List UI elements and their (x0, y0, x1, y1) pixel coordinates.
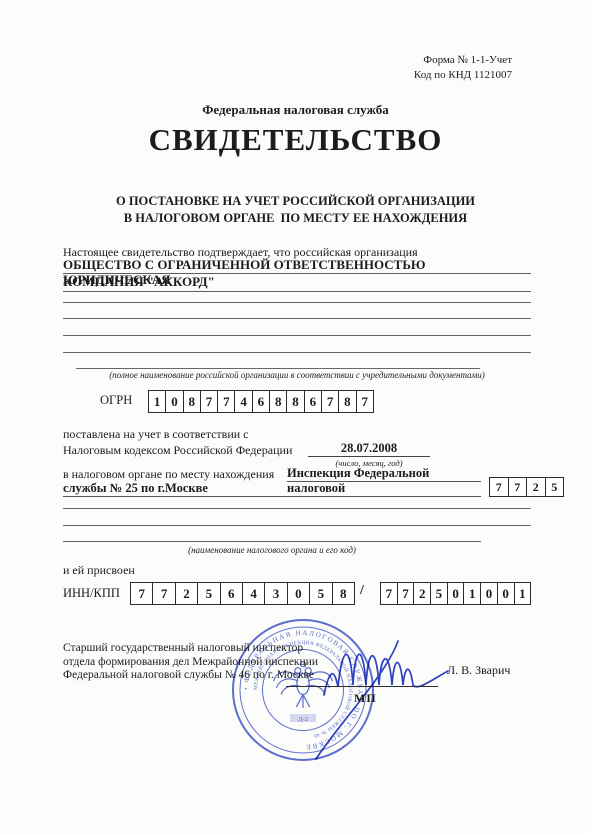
digit-cell: 8 (332, 582, 355, 605)
digit-cell: 7 (200, 390, 218, 413)
blank-rule (63, 335, 531, 336)
blank-rule (63, 541, 481, 542)
signature-line (286, 686, 438, 687)
signer-name: Л. В. Зварич (447, 663, 510, 678)
certificate-page: Форма № 1-1-Учет Код по КНД 1121007 Феде… (0, 0, 591, 834)
tax-office-code-boxes: 7725 (489, 477, 564, 497)
blank-rule (76, 368, 480, 369)
document-title: СВИДЕТЕЛЬСТВО (0, 122, 591, 158)
agency-name: Федеральная налоговая служба (0, 102, 591, 118)
blank-rule (63, 352, 531, 353)
inn-kpp-separator: / (360, 583, 364, 599)
registration-date: 28.07.2008 (308, 441, 430, 457)
digit-cell: 8 (338, 390, 356, 413)
digit-cell: 8 (269, 390, 287, 413)
organization-name-caption: (полное наименование российской организа… (63, 370, 531, 380)
digit-cell: 8 (183, 390, 201, 413)
document-subtitle: О ПОСТАНОВКЕ НА УЧЕТ РОССИЙСКОЙ ОРГАНИЗА… (0, 193, 591, 226)
digit-cell: 0 (447, 582, 465, 605)
inn-digit-boxes: 7725643058 (130, 582, 355, 605)
digit-cell: 6 (252, 390, 270, 413)
stamp-place-abbr: МП (354, 691, 377, 706)
digit-cell: 7 (508, 477, 528, 497)
digit-cell: 0 (480, 582, 498, 605)
organization-name-line1: ОБЩЕСТВО С ОГРАНИЧЕННОЙ ОТВЕТСТВЕННОСТЬЮ… (63, 257, 531, 274)
kpp-digit-boxes: 772501001 (380, 582, 531, 605)
digit-cell: 7 (356, 390, 374, 413)
subtitle-line2: В НАЛОГОВОМ ОРГАНЕ ПО МЕСТУ ЕЕ НАХОЖДЕНИ… (124, 211, 467, 225)
digit-cell: 2 (175, 582, 198, 605)
digit-cell: 7 (152, 582, 175, 605)
digit-cell: 2 (526, 477, 546, 497)
tax-office-name-line2: службы № 25 по г.Москве (63, 481, 481, 497)
ogrn-digit-boxes: 1087746886787 (148, 390, 374, 413)
organization-name-line2: КОМПАНИЯ "АККОРД" (63, 274, 531, 292)
blank-rule (63, 525, 531, 526)
digit-cell: 1 (514, 582, 532, 605)
digit-cell: 3 (264, 582, 287, 605)
digit-cell: 6 (304, 390, 322, 413)
digit-cell: 2 (413, 582, 431, 605)
digit-cell: 6 (220, 582, 243, 605)
blank-rule (63, 302, 531, 303)
digit-cell: 1 (463, 582, 481, 605)
digit-cell: 7 (321, 390, 339, 413)
ogrn-label: ОГРН (100, 393, 132, 408)
blank-rule (63, 318, 531, 319)
digit-cell: 7 (397, 582, 415, 605)
digit-cell: 4 (234, 390, 252, 413)
digit-cell: 0 (497, 582, 515, 605)
form-number: Форма № 1-1-Учет (414, 53, 512, 68)
digit-cell: 5 (545, 477, 565, 497)
digit-cell: 8 (286, 390, 304, 413)
tax-office-prefix: в налоговом органе по месту нахождения (63, 467, 274, 482)
digit-cell: 1 (148, 390, 166, 413)
digit-cell: 5 (197, 582, 220, 605)
digit-cell: 0 (165, 390, 183, 413)
digit-cell: 0 (287, 582, 310, 605)
digit-cell: 5 (309, 582, 332, 605)
assigned-text: и ей присвоен (63, 563, 135, 578)
digit-cell: 7 (217, 390, 235, 413)
digit-cell: 5 (430, 582, 448, 605)
digit-cell: 4 (242, 582, 265, 605)
knd-code: Код по КНД 1121007 (414, 68, 512, 83)
tax-office-caption: (наименование налогового органа и его ко… (63, 545, 481, 555)
subtitle-line1: О ПОСТАНОВКЕ НА УЧЕТ РОССИЙСКОЙ ОРГАНИЗА… (116, 194, 475, 208)
form-code-block: Форма № 1-1-Учет Код по КНД 1121007 (414, 53, 512, 82)
blank-rule (63, 508, 531, 509)
digit-cell: 7 (380, 582, 398, 605)
inn-kpp-label: ИНН/КПП (63, 586, 120, 601)
digit-cell: 7 (489, 477, 509, 497)
tax-office-name-line1: Инспекция Федеральной налоговой (287, 466, 481, 482)
registration-line1: поставлена на учет в соответствии с (63, 427, 248, 442)
registration-line2: Налоговым кодексом Российской Федерации (63, 443, 292, 458)
digit-cell: 7 (130, 582, 153, 605)
